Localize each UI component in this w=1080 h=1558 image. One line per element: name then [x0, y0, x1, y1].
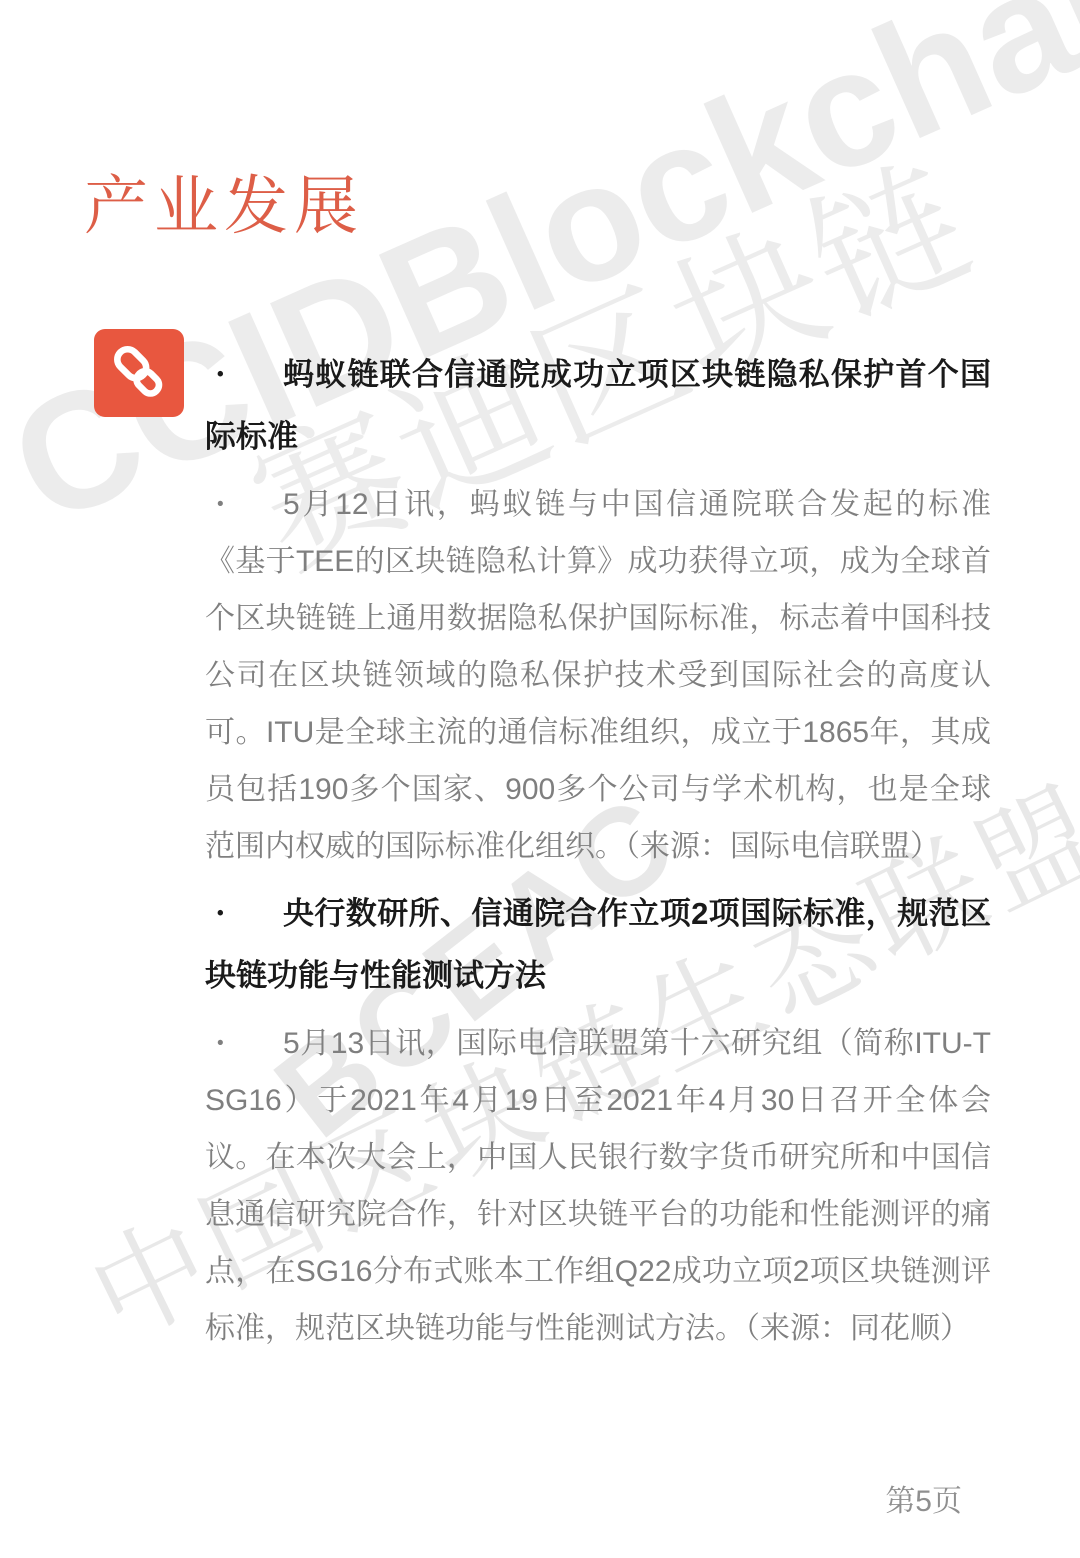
news-paragraph-2: • 5月13日讯，国际电信联盟第十六研究组（简称ITU-T SG16）于2021…	[205, 1015, 991, 1357]
news-heading-1: • 蚂蚁链联合信通院成功立项区块链隐私保护首个国际标准	[205, 344, 991, 468]
bullet-dot: •	[217, 883, 224, 945]
page-title: 产业发展	[84, 155, 364, 247]
content-column: • 蚂蚁链联合信通院成功立项区块链隐私保护首个国际标准 • 5月12日讯，蚂蚁链…	[205, 344, 991, 1365]
page-number: 第5页	[885, 1476, 962, 1520]
report-page: CCIDBlockchain 赛迪区块链 BCEAC 中国区块链生态联盟 产业发…	[0, 0, 1080, 1558]
news-paragraph-2-text: 5月13日讯，国际电信联盟第十六研究组（简称ITU-T SG16）于2021年4…	[205, 1027, 991, 1345]
bullet-dot: •	[217, 344, 224, 406]
news-heading-1-text: 蚂蚁链联合信通院成功立项区块链隐私保护首个国际标准	[205, 357, 991, 454]
news-heading-2: • 央行数研所、信通院合作立项2项国际标准，规范区块链功能与性能测试方法	[205, 883, 991, 1007]
section-icon-tile	[94, 329, 184, 417]
bullet-dot: •	[217, 1015, 224, 1072]
news-paragraph-1: • 5月12日讯，蚂蚁链与中国信通院联合发起的标准《基于TEE的区块链隐私计算》…	[205, 476, 991, 875]
news-paragraph-1-text: 5月12日讯，蚂蚁链与中国信通院联合发起的标准《基于TEE的区块链隐私计算》成功…	[205, 488, 991, 863]
bullet-dot: •	[217, 476, 224, 533]
chain-link-icon	[106, 340, 172, 406]
news-heading-2-text: 央行数研所、信通院合作立项2项国际标准，规范区块链功能与性能测试方法	[205, 896, 991, 993]
